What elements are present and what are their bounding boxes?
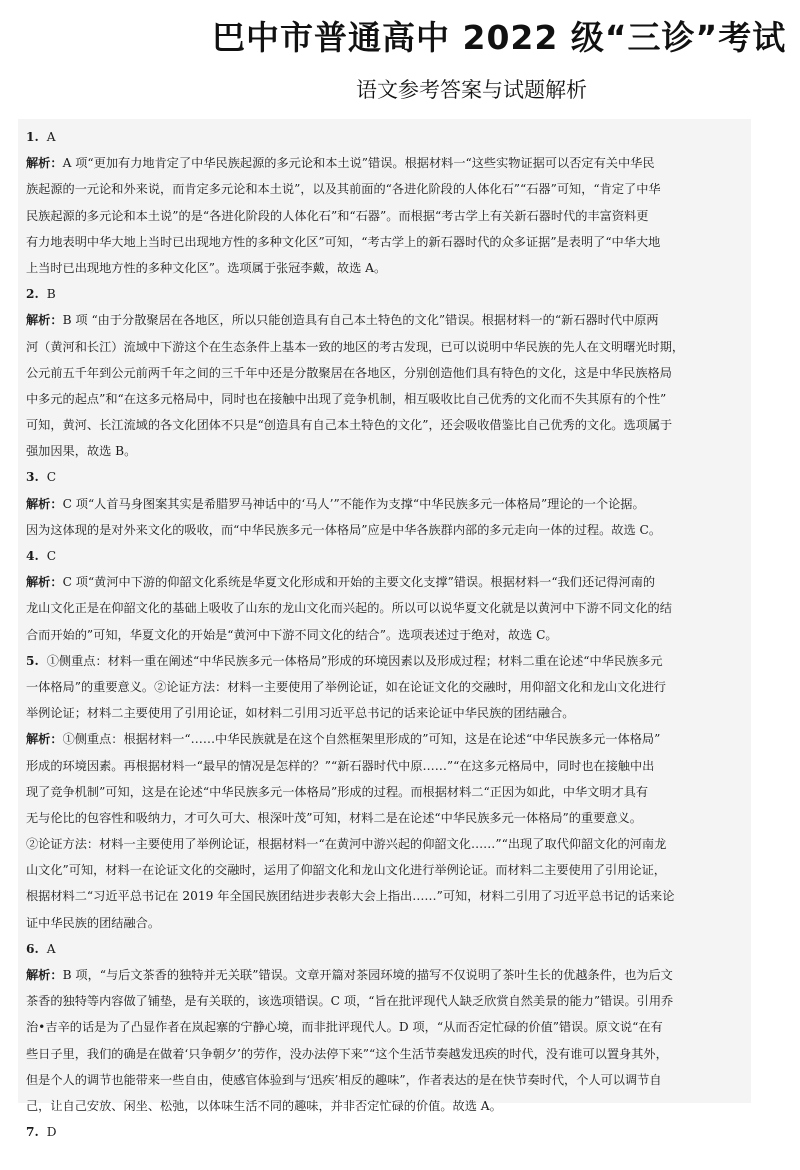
analysis-label: 解析： bbox=[26, 732, 63, 746]
analysis-text: B 项，“与后文茶香的独特并无关联”错误。文章开篇对茶园环境的描写不仅说明了茶叶… bbox=[63, 968, 673, 982]
document-subtitle: 语文参考答案与试题解析 bbox=[356, 74, 587, 104]
analysis-line: 龙山文化正是在仰韶文化的基础上吸收了山东的龙山文化而兴起的。所以可以说华夏文化就… bbox=[26, 595, 742, 621]
analysis-line: 证中华民族的团结融合。 bbox=[26, 910, 742, 936]
analysis-line: ②论证方法：材料一主要使用了举例论证，根据材料一“在黄河中游兴起的仰韶文化……”… bbox=[26, 831, 742, 857]
question-header: 2.B bbox=[26, 281, 742, 307]
analysis-first-line: 解析：B 项，“与后文茶香的独特并无关联”错误。文章开篇对茶园环境的描写不仅说明… bbox=[26, 962, 742, 988]
answer-content: 1.A解析：A 项“更加有力地肯定了中华民族起源的多元论和本土说”错误。根据材料… bbox=[26, 124, 742, 1145]
document-title: 巴中市普通高中 2022 级“三诊”考试 bbox=[212, 12, 800, 59]
analysis-line: 有力地表明中华大地上当时已出现地方性的多种文化区”可知，“考古学上的新石器时代的… bbox=[26, 229, 742, 255]
analysis-line: 茶香的独特等内容做了铺垫，是有关联的，该选项错误。C 项，“旨在批评现代人缺乏欣… bbox=[26, 988, 742, 1014]
question-answer: B bbox=[47, 287, 56, 301]
analysis-line: 根据材料二“习近平总书记在 2019 年全国民族团结进步表彰大会上指出……”可知… bbox=[26, 883, 742, 909]
analysis-line: 中多元的起点”和“在这多元格局中，同时也在接触中出现了竞争机制，相互吸收比自己优… bbox=[26, 386, 742, 412]
question-header: 4.C bbox=[26, 543, 742, 569]
analysis-line: 民族起源的多元论和本土说”的是“各进化阶段的人体化石”和“石器”。而根据“考古学… bbox=[26, 203, 742, 229]
question-header: 3.C bbox=[26, 464, 742, 490]
analysis-line: 己，让自己安放、闲坐、松弛，以体味生活不同的趣味，并非否定忙碌的价值。故选 A。 bbox=[26, 1093, 742, 1119]
analysis-text: C 项“人首马身图案其实是希腊罗马神话中的‘马人’”不能作为支撑“中华民族多元一… bbox=[63, 497, 645, 511]
question-number: 2. bbox=[26, 287, 39, 301]
analysis-label: 解析： bbox=[26, 497, 63, 511]
analysis-line: 河（黄河和长江）流域中下游这个在生态条件上基本一致的地区的考古发现，已可以说明中… bbox=[26, 334, 742, 360]
analysis-text: ①侧重点：根据材料一“……中华民族就是在这个自然框架里形成的”可知，这是在论述“… bbox=[63, 732, 661, 746]
answer-line: 一体格局”的重要意义。②论证方法：材料一主要使用了举例论证，如在论证文化的交融时… bbox=[26, 674, 742, 700]
question-answer: C bbox=[47, 549, 56, 563]
answer-line: 举例论证；材料二主要使用了引用论证，如材料二引用习近平总书记的话来论证中华民族的… bbox=[26, 700, 742, 726]
analysis-label: 解析： bbox=[26, 968, 63, 982]
analysis-first-line: 解析：C 项“人首马身图案其实是希腊罗马神话中的‘马人’”不能作为支撑“中华民族… bbox=[26, 491, 742, 517]
question-answer: D bbox=[47, 1125, 57, 1139]
analysis-line: 些日子里，我们的确是在做着‘只争朝夕’的劳作，没办法停下来”“这个生活节奏越发迅… bbox=[26, 1041, 742, 1067]
question-header: 7.D bbox=[26, 1119, 742, 1145]
question-header: 5.①侧重点：材料一重在阐述“中华民族多元一体格局”形成的环境因素以及形成过程；… bbox=[26, 648, 742, 674]
analysis-label: 解析： bbox=[26, 575, 63, 589]
analysis-text: C 项“黄河中下游的仰韶文化系统是华夏文化形成和开始的主要文化支撑”错误。根据材… bbox=[63, 575, 656, 589]
analysis-label: 解析： bbox=[26, 313, 63, 327]
analysis-line: 族起源的一元论和外来说，而肯定多元论和本土说”，以及其前面的“各进化阶段的人体化… bbox=[26, 176, 742, 202]
answer-panel: 1.A解析：A 项“更加有力地肯定了中华民族起源的多元论和本土说”错误。根据材料… bbox=[18, 119, 751, 1103]
question-answer: A bbox=[47, 130, 56, 144]
analysis-line: 公元前五千年到公元前两千年之间的三千年中还是分散聚居在各地区，分别创造他们具有特… bbox=[26, 360, 742, 386]
analysis-line: 但是个人的调节也能带来一些自由，使感官体验到与‘迅疾’相反的趣味”，作者表达的是… bbox=[26, 1067, 742, 1093]
analysis-line: 可知，黄河、长江流域的各文化团体不只是“创造具有自己本土特色的文化”，还会吸收借… bbox=[26, 412, 742, 438]
question-number: 5. bbox=[26, 654, 39, 668]
analysis-label: 解析： bbox=[26, 156, 63, 170]
question-answer: C bbox=[47, 470, 56, 484]
question-header: 1.A bbox=[26, 124, 742, 150]
question-number: 1. bbox=[26, 130, 39, 144]
analysis-line: 形成的环境因素。再根据材料一“最早的情况是怎样的？”“新石器时代中原……”“在这… bbox=[26, 753, 742, 779]
question-number: 7. bbox=[26, 1125, 39, 1139]
analysis-first-line: 解析：C 项“黄河中下游的仰韶文化系统是华夏文化形成和开始的主要文化支撑”错误。… bbox=[26, 569, 742, 595]
question-number: 6. bbox=[26, 942, 39, 956]
analysis-line: 强加因果，故选 B。 bbox=[26, 438, 742, 464]
analysis-line: 因为这体现的是对外来文化的吸收，而“中华民族多元一体格局”应是中华各族群内部的多… bbox=[26, 517, 742, 543]
analysis-line: 上当时已出现地方性的多种文化区”。选项属于张冠李戴，故选 A。 bbox=[26, 255, 742, 281]
analysis-first-line: 解析：B 项 “由于分散聚居在各地区，所以只能创造具有自己本土特色的文化”错误。… bbox=[26, 307, 742, 333]
analysis-line: 合而开始的”可知，华夏文化的开始是“黄河中下游不同文化的结合”。选项表述过于绝对… bbox=[26, 622, 742, 648]
analysis-line: 山文化”可知，材料一在论证文化的交融时，运用了仰韶文化和龙山文化进行举例论证。而… bbox=[26, 857, 742, 883]
analysis-text: A 项“更加有力地肯定了中华民族起源的多元论和本土说”错误。根据材料一“这些实物… bbox=[63, 156, 655, 170]
question-header: 6.A bbox=[26, 936, 742, 962]
analysis-line: 治•吉辛的话是为了凸显作者在岚起寨的宁静心境，而非批评现代人。D 项，“从而否定… bbox=[26, 1014, 742, 1040]
analysis-line: 现了竞争机制”可知，这是在论述“中华民族多元一体格局”形成的过程。而根据材料二“… bbox=[26, 779, 742, 805]
question-answer: A bbox=[47, 942, 56, 956]
question-answer: ①侧重点：材料一重在阐述“中华民族多元一体格局”形成的环境因素以及形成过程；材料… bbox=[47, 654, 663, 668]
analysis-line: 无与伦比的包容性和吸纳力，才可久可大、根深叶茂”可知，材料二是在论述“中华民族多… bbox=[26, 805, 742, 831]
analysis-text: B 项 “由于分散聚居在各地区，所以只能创造具有自己本土特色的文化”错误。根据材… bbox=[63, 313, 659, 327]
question-number: 4. bbox=[26, 549, 39, 563]
analysis-first-line: 解析：A 项“更加有力地肯定了中华民族起源的多元论和本土说”错误。根据材料一“这… bbox=[26, 150, 742, 176]
question-number: 3. bbox=[26, 470, 39, 484]
analysis-first-line: 解析：①侧重点：根据材料一“……中华民族就是在这个自然框架里形成的”可知，这是在… bbox=[26, 726, 742, 752]
